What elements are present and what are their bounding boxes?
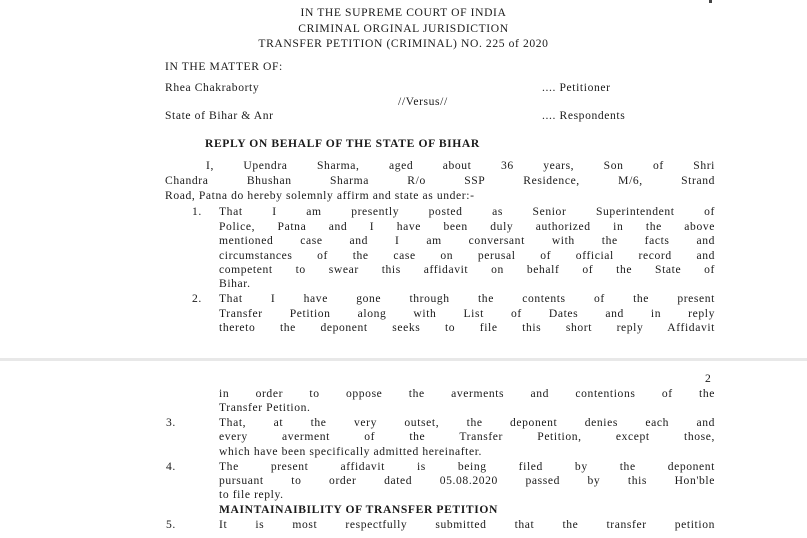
respondent-name: State of Bihar & Anr: [165, 109, 274, 122]
reply-title: REPLY ON BEHALF OF THE STATE OF BIHAR: [205, 137, 480, 150]
para3-line: every averment of the Transfer Petition,…: [219, 430, 715, 443]
para-number: 3.: [166, 416, 176, 429]
jurisdiction-heading: CRIMINAL ORGINAL JURISDICTION: [0, 22, 807, 35]
intro-line: Chandra Bhushan Sharma R/o SSP Residence…: [165, 174, 715, 187]
para2-line: That I have gone through the contents of…: [219, 292, 715, 305]
document-page-2: 2 in order to oppose the averments and c…: [0, 361, 807, 538]
para1-line: circumstances of the case on perusal of …: [219, 249, 715, 262]
continuation-line: Transfer Petition.: [219, 401, 311, 414]
para2-line: Transfer Petition along with List of Dat…: [219, 307, 715, 320]
respondent-role: .... Respondents: [542, 109, 625, 122]
intro-line: I, Upendra Sharma, aged about 36 years, …: [206, 159, 715, 172]
para1-line: Bihar.: [219, 277, 251, 290]
para1-line: Police, Patna and I have been duly autho…: [219, 220, 715, 233]
para3-line: which have been specifically admitted he…: [219, 445, 482, 458]
para4-line: to file reply.: [219, 488, 284, 501]
petitioner-name: Rhea Chakraborty: [165, 81, 259, 94]
petitioner-role: .... Petitioner: [542, 81, 611, 94]
document-page-1: IN THE SUPREME COURT OF INDIA CRIMINAL O…: [0, 0, 807, 358]
petition-number-heading: TRANSFER PETITION (CRIMINAL) NO. 225 of …: [0, 37, 807, 50]
continuation-line: in order to oppose the averments and con…: [219, 387, 715, 400]
para-number: 1.: [192, 205, 202, 218]
page-number: 2: [705, 372, 711, 385]
para-number: 4.: [166, 460, 176, 473]
para-number: 5.: [166, 518, 176, 531]
para1-line: That I am presently posted as Senior Sup…: [219, 205, 715, 218]
para1-line: mentioned case and I am conversant with …: [219, 234, 715, 247]
intro-line: Road, Patna do hereby solemnly affirm an…: [165, 189, 475, 202]
para5-line: It is most respectfully submitted that t…: [219, 518, 715, 531]
para2-line: thereto the deponent seeks to file this …: [219, 321, 715, 334]
para1-line: competent to swear this affidavit on beh…: [219, 263, 715, 276]
matter-label: IN THE MATTER OF:: [165, 60, 283, 73]
section-title: MAINTAINAIBILITY OF TRANSFER PETITION: [219, 503, 498, 516]
court-heading: IN THE SUPREME COURT OF INDIA: [0, 6, 807, 19]
versus-label: //Versus//: [398, 95, 448, 108]
cursor-mark-icon: [709, 0, 712, 3]
para4-line: pursuant to order dated 05.08.2020 passe…: [219, 474, 715, 487]
para-number: 2.: [192, 292, 202, 305]
para3-line: That, at the very outset, the deponent d…: [219, 416, 715, 429]
para4-line: The present affidavit is being filed by …: [219, 460, 715, 473]
